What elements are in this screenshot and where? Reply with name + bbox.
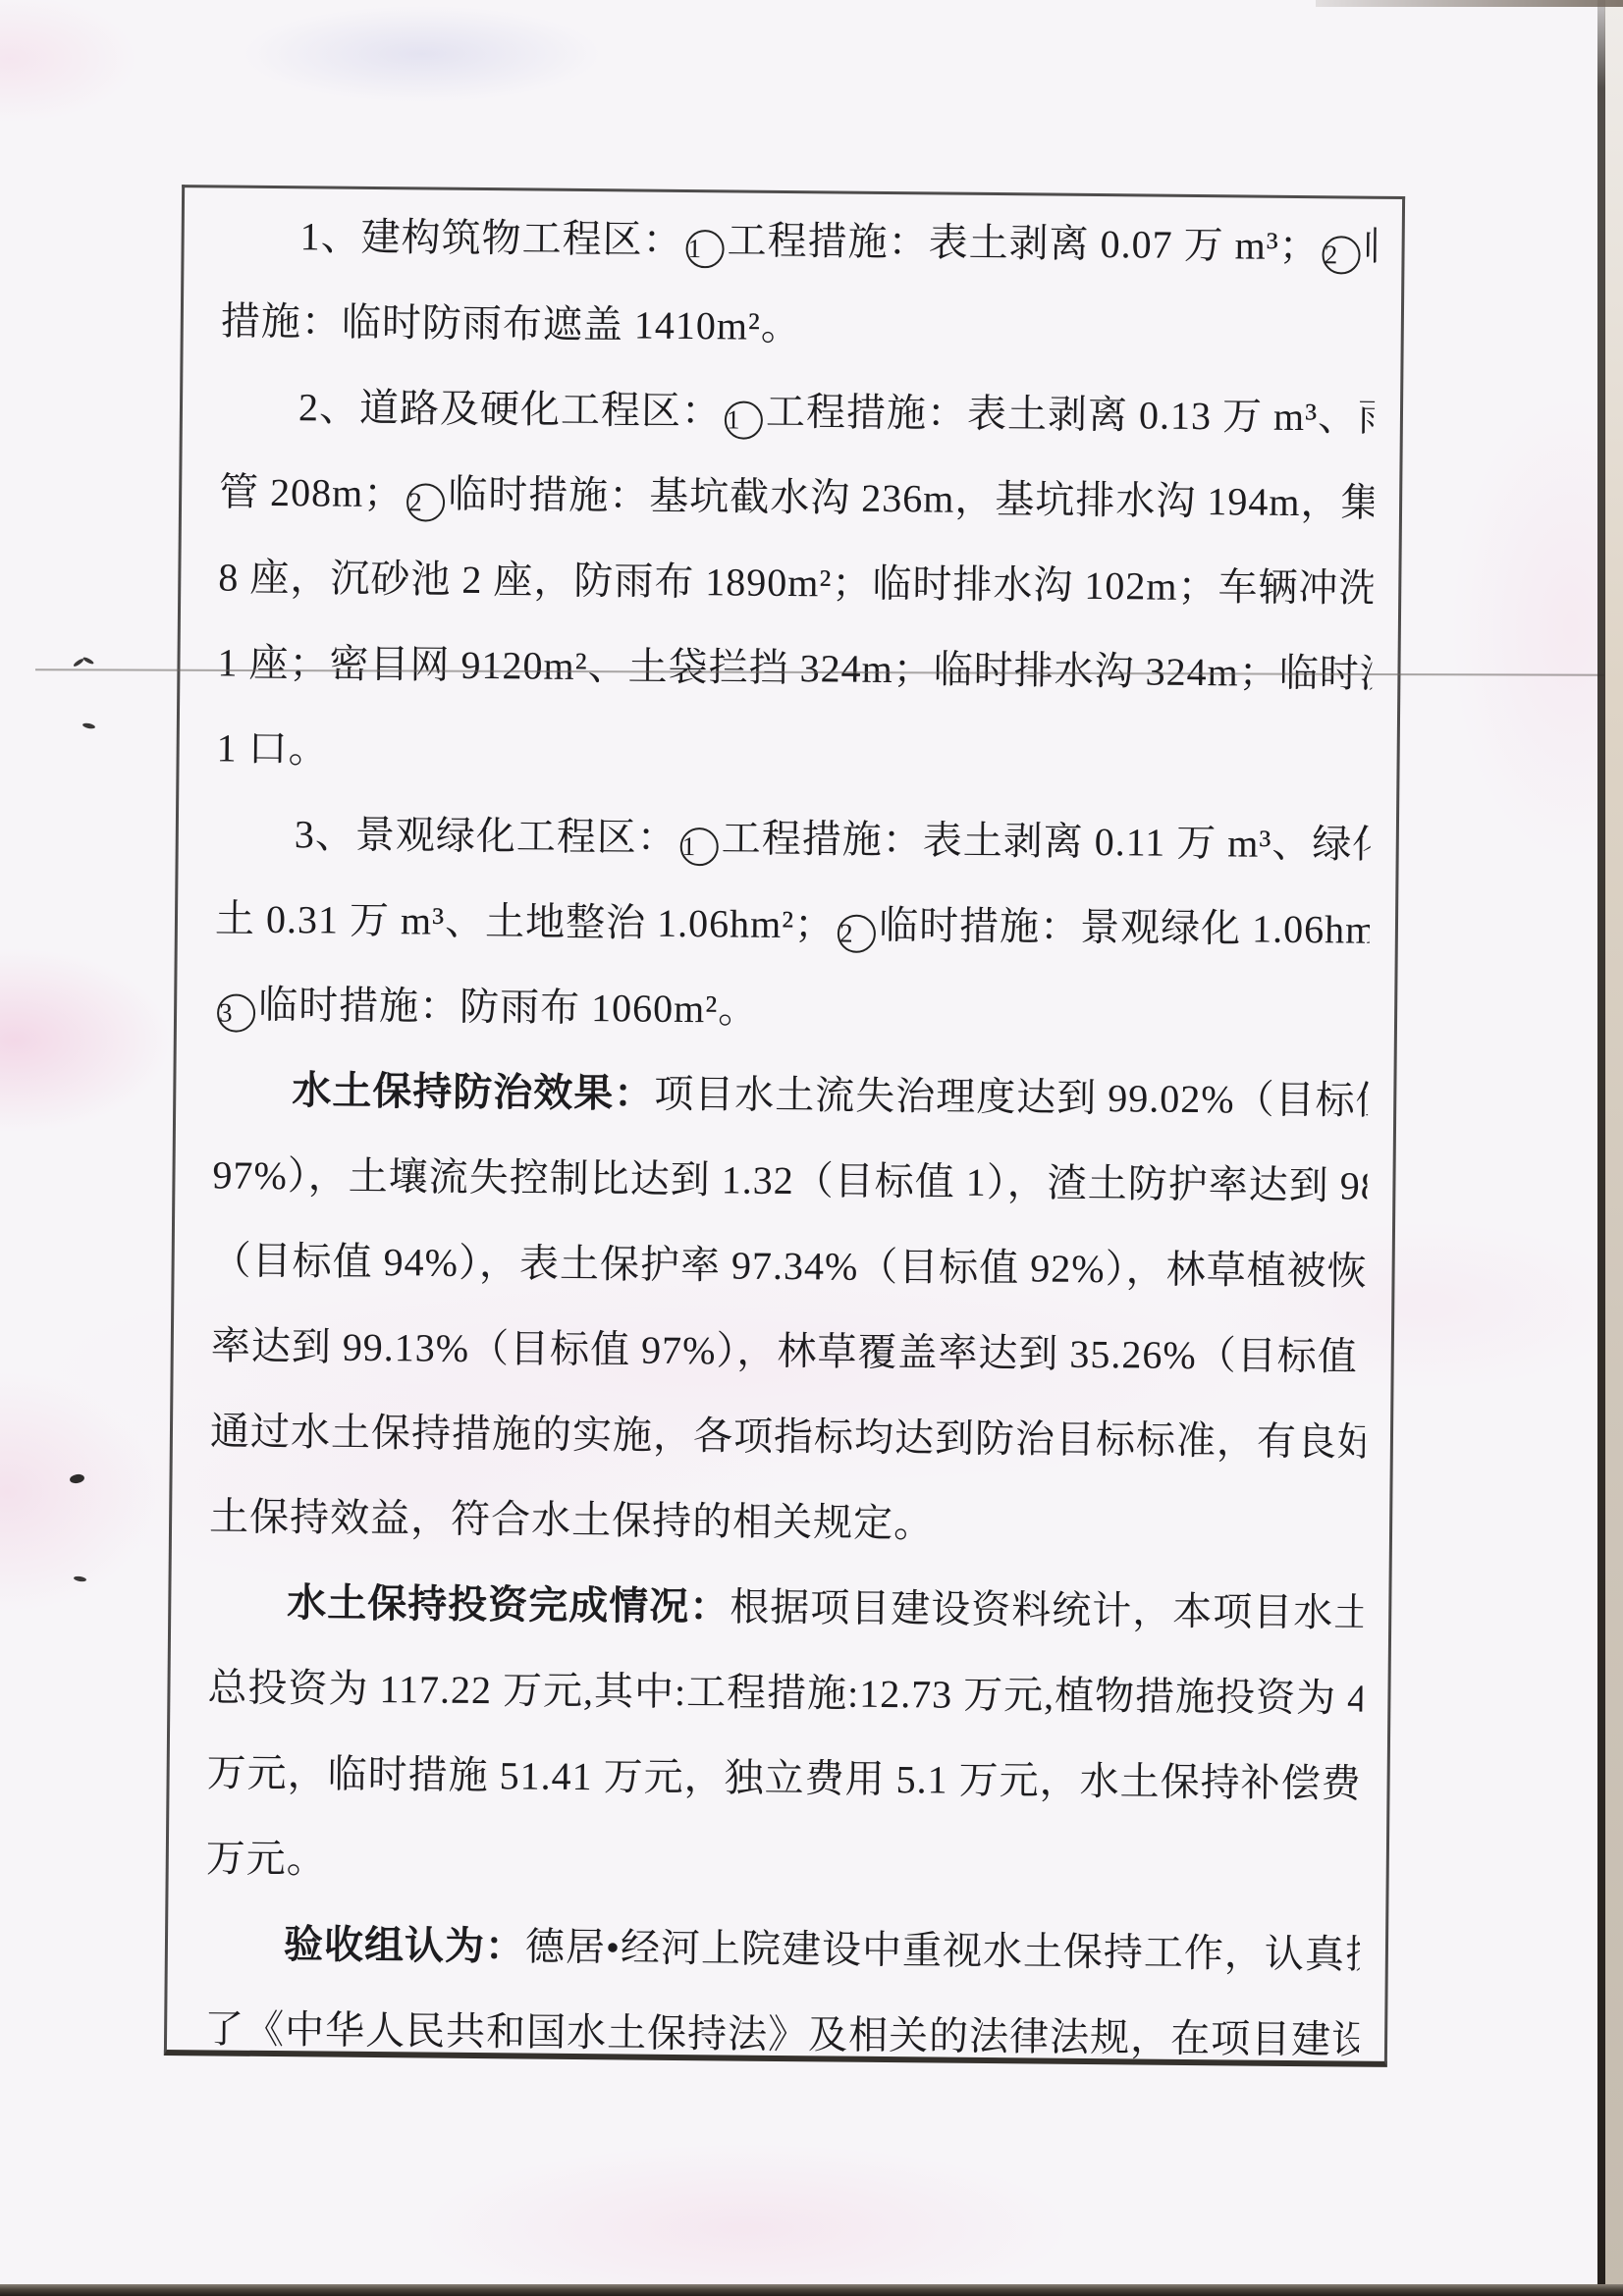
line-text: 万元。 bbox=[206, 1836, 327, 1881]
line-text: 土 0.31 万 m³、土地整治 1.06hm²；2临时措施：景观绿化 1.06… bbox=[215, 896, 1371, 952]
paragraph-prevention-effect: 水土保持防治效果：项目水土流失治理度达到 99.02%（目标值 97%），土壤流… bbox=[209, 1046, 1369, 1570]
paragraph-investment-completion: 水土保持投资完成情况：根据项目建设资料统计，本项目水土保持 总投资为 117.2… bbox=[205, 1559, 1363, 1911]
line-text: 土保持效益，符合水土保持的相关规定。 bbox=[209, 1494, 934, 1545]
text-line: 措施：临时防雨布遮盖 1410m²。 bbox=[220, 278, 1376, 374]
text-line: 管 208m；2临时措施：基坑截水沟 236m，基坑排水沟 194m，集水坑 bbox=[219, 449, 1375, 545]
scanned-document-page: { "colors": { "paper": "#f7f5f8", "ink":… bbox=[0, 0, 1623, 2296]
line-text: 万元，临时措施 51.41 万元，独立费用 5.1 万元，水土保持补偿费 4.0… bbox=[206, 1750, 1362, 1806]
pen-mark bbox=[82, 656, 94, 665]
text-line: 2、道路及硬化工程区：1工程措施：表土剥离 0.13 万 m³、雨水 bbox=[220, 363, 1376, 459]
circled-number: 1 bbox=[685, 230, 724, 268]
line-text: 3、景观绿化工程区：1工程措施：表土剥离 0.11 万 m³、绿化覆 bbox=[295, 812, 1372, 867]
scan-edge-strip bbox=[1604, 0, 1623, 2296]
text-line: 3、景观绿化工程区：1工程措施：表土剥离 0.11 万 m³、绿化覆 bbox=[215, 790, 1371, 886]
line-text: 1 座；密目网 9120m²、土袋拦挡 324m；临时排水沟 324m；临时沉沙… bbox=[217, 640, 1373, 696]
text-line: 1、建构筑物工程区：1工程措施：表土剥离 0.07 万 m³；2临时 bbox=[221, 192, 1377, 289]
line-text: 了《中华人民共和国水土保持法》及相关的法律法规，在项目建设过程 bbox=[204, 2006, 1360, 2062]
line-text: 2、道路及硬化工程区：1工程措施：表土剥离 0.13 万 m³、雨水 bbox=[298, 385, 1376, 440]
paragraph-lead-bold: 水土保持防治效果： bbox=[292, 1068, 654, 1116]
paragraph-lead-bold: 验收组认为： bbox=[284, 1922, 525, 1968]
document-content-box: 1、建构筑物工程区：1工程措施：表土剥离 0.07 万 m³；2临时 措施：临时… bbox=[164, 185, 1405, 2067]
text-line: 3临时措施：防雨布 1060m²。 bbox=[214, 961, 1370, 1057]
line-text: 根据项目建设资料统计，本项目水土保持 bbox=[730, 1584, 1364, 1635]
line-text: 率达到 99.13%（目标值 97%），林草覆盖率达到 35.26%（目标值 2… bbox=[211, 1323, 1367, 1380]
line-text: 管 208m；2临时措施：基坑截水沟 236m，基坑排水沟 194m，集水坑 bbox=[219, 469, 1375, 525]
circled-number: 1 bbox=[725, 400, 763, 439]
pen-mark bbox=[74, 1575, 87, 1582]
text-line: 万元。 bbox=[205, 1815, 1361, 1911]
line-text: 8 座，沉砂池 2 座，防雨布 1890m²；临时排水沟 102m；车辆冲洗设备 bbox=[218, 555, 1374, 611]
scan-edge-top-smudge bbox=[1316, 0, 1623, 7]
line-text: 德居•经河上院建设中重视水土保持工作，认真执行 bbox=[525, 1925, 1361, 1978]
paragraph-landscape-greening: 3、景观绿化工程区：1工程措施：表土剥离 0.11 万 m³、绿化覆 土 0.3… bbox=[214, 790, 1371, 1057]
paragraph-lead-bold: 水土保持投资完成情况： bbox=[287, 1580, 730, 1629]
text-line: 验收组认为：德居•经河上院建设中重视水土保持工作，认真执行 bbox=[205, 1900, 1361, 1997]
text-line: 97%），土壤流失控制比达到 1.32（目标值 1），渣土防护率达到 98.86… bbox=[212, 1132, 1368, 1228]
text-line: 总投资为 117.22 万元,其中:工程措施:12.73 万元,植物措施投资为 … bbox=[207, 1644, 1363, 1740]
line-text: 1、建构筑物工程区：1工程措施：表土剥离 0.07 万 m³；2临时 bbox=[299, 214, 1377, 269]
pen-mark bbox=[82, 722, 96, 730]
line-text: 总投资为 117.22 万元,其中:工程措施:12.73 万元,植物措施投资为 … bbox=[207, 1665, 1363, 1721]
text-line: 通过水土保持措施的实施，各项指标均达到防治目标标准，有良好的水 bbox=[210, 1388, 1366, 1484]
circled-number: 2 bbox=[1322, 236, 1360, 274]
text-line: 1 座；密目网 9120m²、土袋拦挡 324m；临时排水沟 324m；临时沉沙… bbox=[217, 619, 1373, 716]
paragraph-building-works: 1、建构筑物工程区：1工程措施：表土剥离 0.07 万 m³；2临时 措施：临时… bbox=[220, 192, 1377, 374]
text-line: 了《中华人民共和国水土保持法》及相关的法律法规，在项目建设过程 bbox=[204, 1986, 1360, 2067]
text-line: 土 0.31 万 m³、土地整治 1.06hm²；2临时措施：景观绿化 1.06… bbox=[215, 876, 1371, 972]
circled-number: 3 bbox=[217, 993, 255, 1032]
text-line: 万元，临时措施 51.41 万元，独立费用 5.1 万元，水土保持补偿费 4.0… bbox=[206, 1730, 1362, 1826]
scan-edge-bottom-line bbox=[0, 2284, 1623, 2296]
paragraph-acceptance-opinion: 验收组认为：德居•经河上院建设中重视水土保持工作，认真执行 了《中华人民共和国水… bbox=[204, 1900, 1361, 2067]
text-line: （目标值 94%），表土保护率 97.34%（目标值 92%），林草植被恢复 bbox=[211, 1217, 1367, 1313]
scan-edge-right-line bbox=[1597, 0, 1605, 2296]
line-text: 措施：临时防雨布遮盖 1410m²。 bbox=[221, 298, 802, 348]
line-text: 通过水土保持措施的实施，各项指标均达到防治目标标准，有良好的水 bbox=[210, 1409, 1366, 1465]
paragraph-road-hardening: 2、道路及硬化工程区：1工程措施：表土剥离 0.13 万 m³、雨水 管 208… bbox=[216, 363, 1375, 801]
text-line: 水土保持投资完成情况：根据项目建设资料统计，本项目水土保持 bbox=[208, 1559, 1364, 1655]
circled-number: 2 bbox=[406, 483, 445, 521]
line-text: 1 口。 bbox=[216, 725, 328, 771]
circled-number: 1 bbox=[680, 828, 719, 866]
text-line: 水土保持防治效果：项目水土流失治理度达到 99.02%（目标值 bbox=[213, 1046, 1369, 1143]
text-line: 8 座，沉砂池 2 座，防雨布 1890m²；临时排水沟 102m；车辆冲洗设备 bbox=[218, 534, 1374, 630]
line-text: （目标值 94%），表土保护率 97.34%（目标值 92%），林草植被恢复 bbox=[211, 1238, 1367, 1294]
circled-number: 2 bbox=[838, 915, 876, 953]
pen-mark bbox=[69, 1473, 84, 1484]
line-text: 97%），土壤流失控制比达到 1.32（目标值 1），渣土防护率达到 98.86… bbox=[212, 1152, 1368, 1208]
text-line: 率达到 99.13%（目标值 97%），林草覆盖率达到 35.26%（目标值 2… bbox=[210, 1303, 1366, 1399]
text-line: 1 口。 bbox=[216, 705, 1372, 801]
line-text: 3临时措施：防雨布 1060m²。 bbox=[214, 982, 759, 1031]
line-text: 项目水土流失治理度达到 99.02%（目标值 bbox=[654, 1072, 1369, 1123]
text-line: 土保持效益，符合水土保持的相关规定。 bbox=[209, 1473, 1365, 1570]
